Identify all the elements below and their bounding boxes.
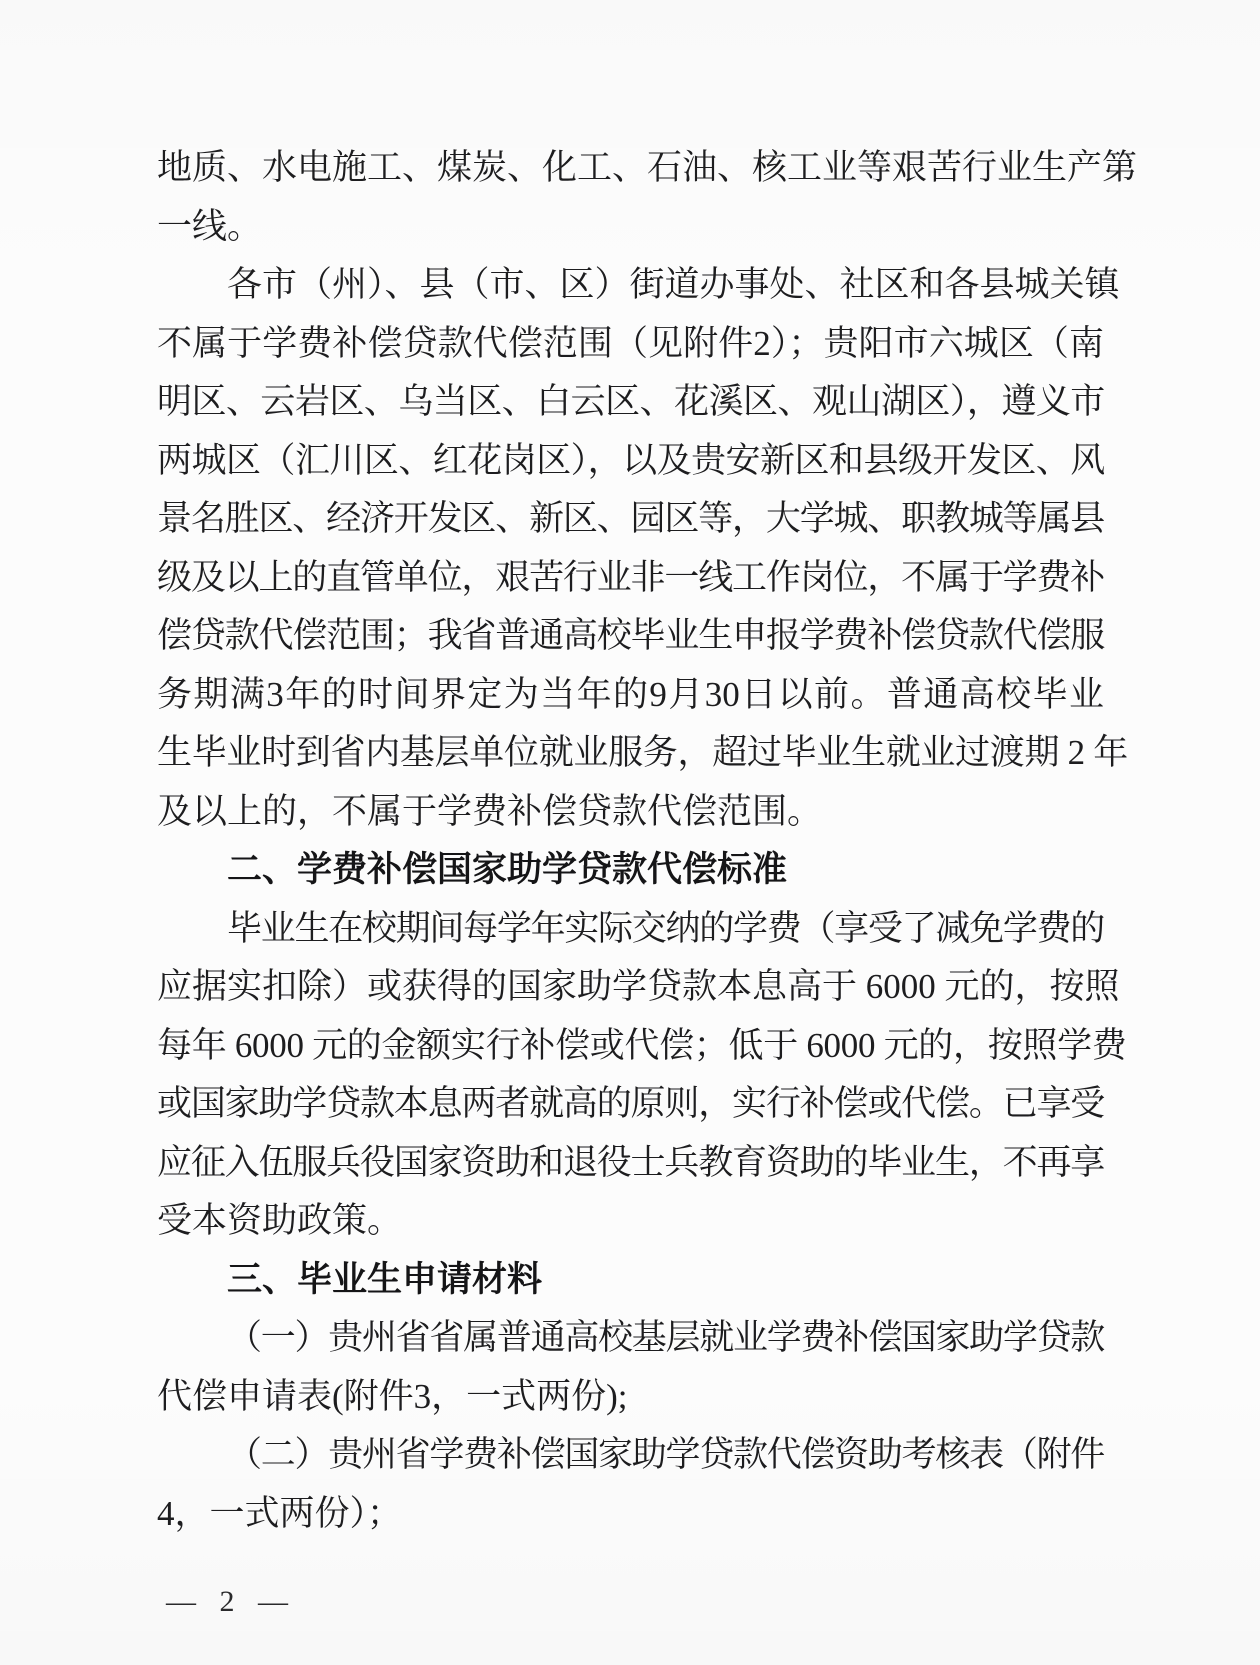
body-text-line: 一线。 [157, 198, 1104, 257]
body-text-line: 地质、水电施工、煤炭、化工、石油、核工业等艰苦行业生产第 [157, 139, 1104, 198]
page-number: — 2 — [166, 1582, 290, 1622]
body-text-line: 务期满3年的时间界定为当年的9月30日以前。普通高校毕业 [157, 666, 1104, 725]
body-text-line: 明区、云岩区、乌当区、白云区、花溪区、观山湖区），遵义市 [157, 373, 1104, 432]
body-text-line: （一）贵州省省属普通高校基层就业学费补偿国家助学贷款 [157, 1309, 1104, 1368]
body-text-line: （二）贵州省学费补偿国家助学贷款代偿资助考核表（附件 [157, 1426, 1104, 1485]
body-text-line: 代偿申请表(附件3，一式两份); [157, 1368, 1104, 1427]
body-text-line: 应据实扣除）或获得的国家助学贷款本息高于 6000 元的，按照 [157, 958, 1104, 1017]
document-body: 地质、水电施工、煤炭、化工、石油、核工业等艰苦行业生产第 一线。 各市（州）、县… [157, 139, 1104, 1543]
body-text-line: 毕业生在校期间每学年实际交纳的学费（享受了减免学费的 [157, 900, 1104, 959]
body-text-line: 偿贷款代偿范围；我省普通高校毕业生申报学费补偿贷款代偿服 [157, 607, 1104, 666]
section-heading-2: 二、学费补偿国家助学贷款代偿标准 [157, 841, 1104, 900]
body-text-line: 两城区（汇川区、红花岗区），以及贵安新区和县级开发区、风 [157, 432, 1104, 491]
body-text-line: 各市（州）、县（市、区）街道办事处、社区和各县城关镇 [157, 256, 1104, 315]
body-text-line: 受本资助政策。 [157, 1192, 1104, 1251]
body-text-line: 及以上的，不属于学费补偿贷款代偿范围。 [157, 783, 1104, 842]
body-text-line: 或国家助学贷款本息两者就高的原则，实行补偿或代偿。已享受 [157, 1075, 1104, 1134]
body-text-line: 景名胜区、经济开发区、新区、园区等，大学城、职教城等属县 [157, 490, 1104, 549]
body-text-line: 不属于学费补偿贷款代偿范围（见附件2）；贵阳市六城区（南 [157, 315, 1104, 374]
section-heading-3: 三、毕业生申请材料 [157, 1251, 1104, 1310]
body-text-line: 每年 6000 元的金额实行补偿或代偿；低于 6000 元的，按照学费 [157, 1017, 1104, 1076]
body-text-line: 4，一式两份）； [157, 1485, 1104, 1544]
body-text-line: 生毕业时到省内基层单位就业服务，超过毕业生就业过渡期 2 年 [157, 724, 1104, 783]
body-text-line: 应征入伍服兵役国家资助和退役士兵教育资助的毕业生，不再享 [157, 1134, 1104, 1193]
scanned-document-page: 地质、水电施工、煤炭、化工、石油、核工业等艰苦行业生产第 一线。 各市（州）、县… [0, 0, 1260, 1665]
body-text-line: 级及以上的直管单位，艰苦行业非一线工作岗位，不属于学费补 [157, 549, 1104, 608]
